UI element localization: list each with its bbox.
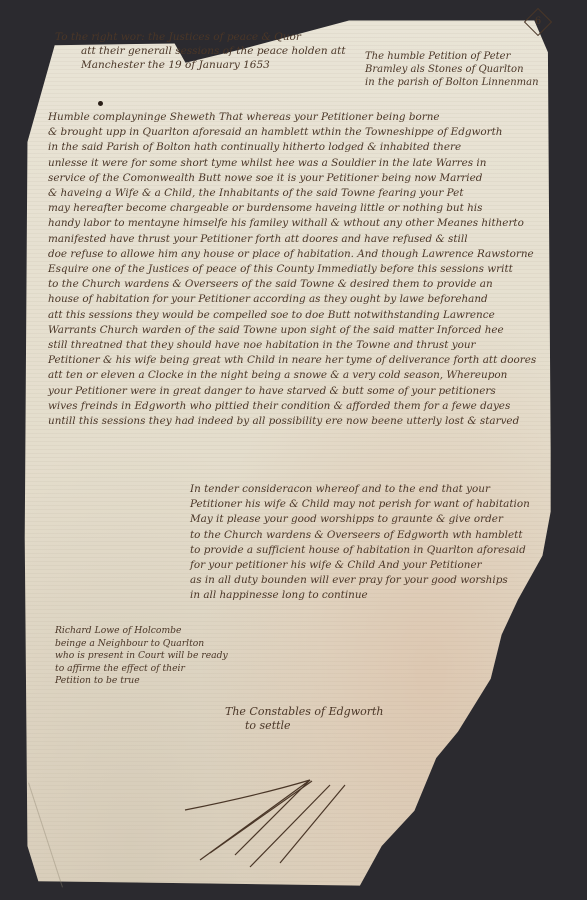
prayer-line: Petitioner his wife & Child may not peri…	[190, 497, 530, 512]
body-line: doe refuse to allowe him any house or pl…	[48, 247, 536, 262]
title-line: in the parish of Bolton Linnenman	[365, 76, 539, 89]
petition-title: The humble Petition of Peter Bramley als…	[365, 50, 539, 89]
body-line: still threatned that they should have no…	[48, 338, 536, 353]
body-line: att this sessions they would be compelle…	[48, 308, 536, 323]
body-line: & haveing a Wife & a Child, the Inhabita…	[48, 186, 536, 201]
petition-body: Humble complayninge Sheweth That whereas…	[48, 110, 536, 429]
body-line: your Petitioner were in great danger to …	[48, 384, 536, 399]
prayer-line: to the Church wardens & Overseers of Edg…	[190, 528, 530, 543]
ink-blot	[98, 101, 103, 106]
body-line: to the Church wardens & Overseers of the…	[48, 277, 536, 292]
note-line: Richard Lowe of Holcombe	[55, 625, 228, 638]
address-line: att their generall sessions of the peace…	[55, 44, 346, 58]
body-line: Petitioner & his wife being great wth Ch…	[48, 353, 536, 368]
note-line: Petition to be true	[55, 675, 228, 688]
body-line: Warrants Church warden of the said Towne…	[48, 323, 536, 338]
body-line: Humble complayninge Sheweth That whereas…	[48, 110, 536, 125]
folio-number: 6	[529, 13, 547, 31]
body-line: unlesse it were for some short tyme whil…	[48, 156, 536, 171]
address-block: To the right wor: the Justices of peace …	[55, 30, 346, 72]
note-line: to affirme the effect of their	[55, 663, 228, 676]
body-line: in the said Parish of Bolton hath contin…	[48, 140, 536, 155]
endorsement-line: to settle	[225, 719, 384, 733]
body-line: & brought upp in Quarlton aforesaid an h…	[48, 125, 536, 140]
body-line: house of habitation for your Petitioner …	[48, 292, 536, 307]
body-line: untill this sessions they had indeed by …	[48, 414, 536, 429]
endorsement-line: The Constables of Edgworth	[225, 705, 384, 719]
body-line: Esquire one of the Justices of peace of …	[48, 262, 536, 277]
note-line: who is present in Court will be ready	[55, 650, 228, 663]
prayer-line: May it please your good worshipps to gra…	[190, 512, 530, 527]
note-line: beinge a Neighbour to Quarlton	[55, 638, 228, 651]
address-line: To the right wor: the Justices of peace …	[55, 30, 346, 44]
prayer-line: to provide a sufficient house of habitat…	[190, 543, 530, 558]
court-endorsement: The Constables of Edgworth to settle	[225, 705, 384, 733]
body-line: att ten or eleven a Clocke in the night …	[48, 368, 536, 383]
title-line: Bramley als Stones of Quarlton	[365, 63, 539, 76]
prayer-line: In tender consideracon whereof and to th…	[190, 482, 530, 497]
title-line: The humble Petition of Peter	[365, 50, 539, 63]
prayer-line: as in all duty bounden will ever pray fo…	[190, 573, 530, 588]
margin-note: Richard Lowe of Holcombe beinge a Neighb…	[55, 625, 228, 688]
prayer-clause: In tender consideracon whereof and to th…	[190, 482, 530, 604]
body-line: handy labor to mentayne himselfe his fam…	[48, 216, 536, 231]
body-line: wives freinds in Edgworth who pittied th…	[48, 399, 536, 414]
body-line: may hereafter become chargeable or burde…	[48, 201, 536, 216]
prayer-line: in all happinesse long to continue	[190, 588, 530, 603]
signature-flourish	[180, 755, 380, 875]
body-line: manifested have thrust your Petitioner f…	[48, 232, 536, 247]
prayer-line: for your petitioner his wife & Child And…	[190, 558, 530, 573]
body-line: service of the Comonwealth Butt nowe soe…	[48, 171, 536, 186]
address-line: Manchester the 19 of January 1653	[55, 58, 346, 72]
